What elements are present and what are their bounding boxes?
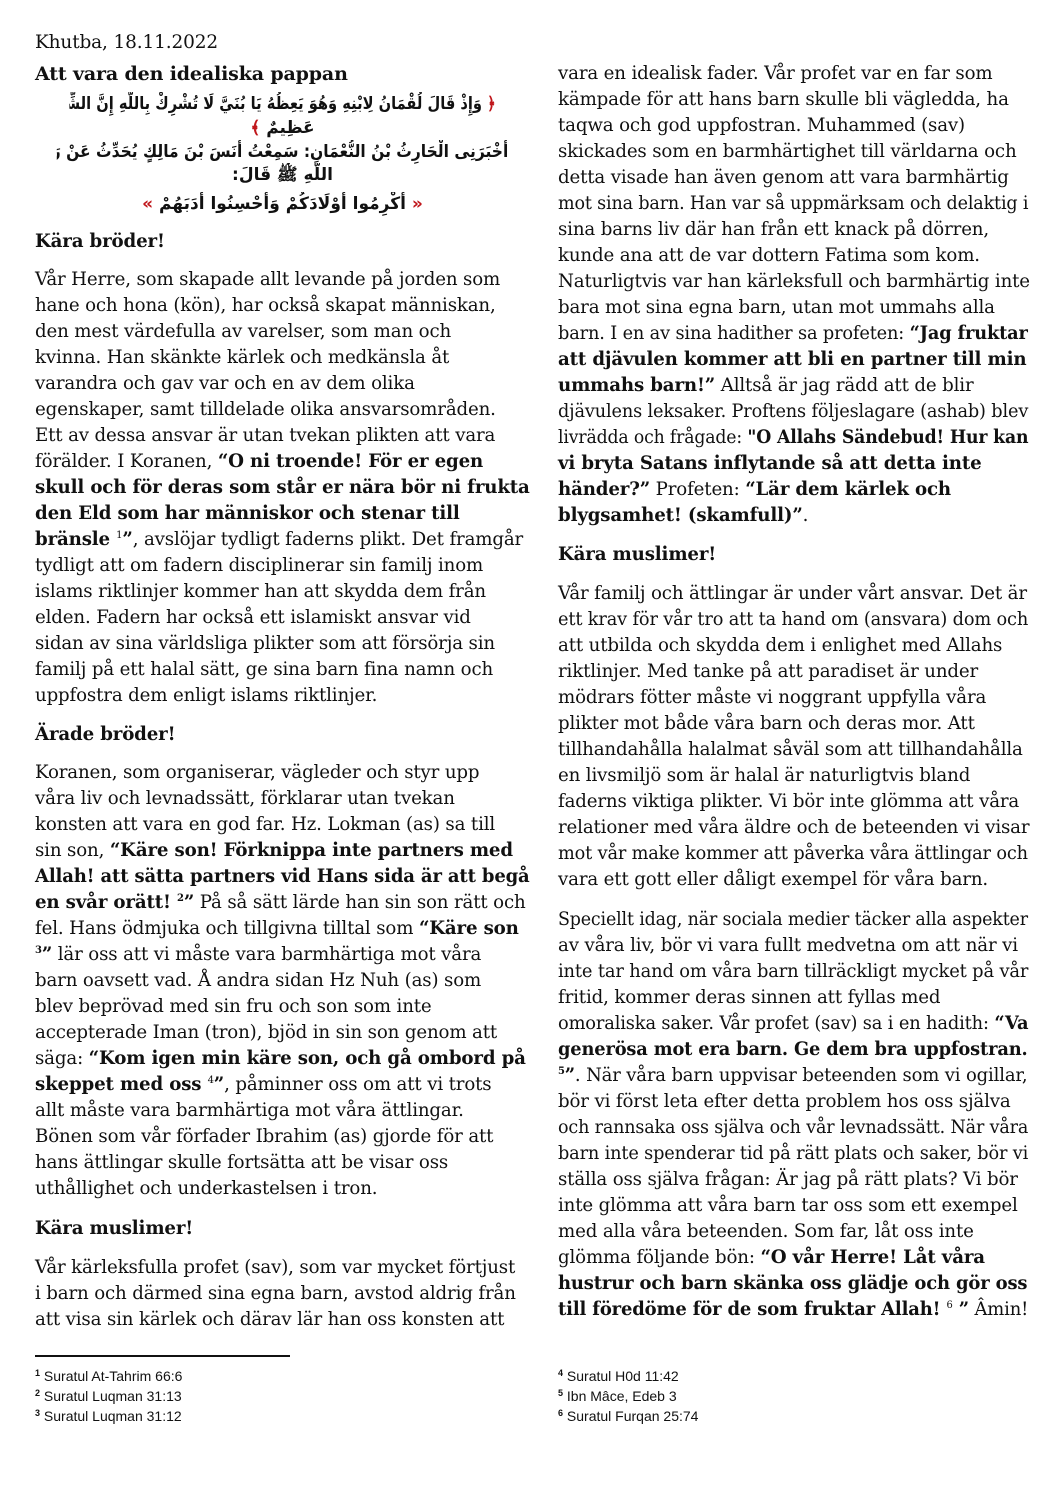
footnote-3: 3 Suratul Luqman 31:12 [35, 1406, 182, 1426]
footnote-separator [35, 1355, 290, 1357]
hadith-chain-line-2: اللَّهِ ﷺ قَالَ: [35, 163, 530, 187]
ayah-close-bracket: ﴾ [250, 118, 260, 138]
heading-kara-muslimer-left: Kära muslimer! [35, 1216, 193, 1242]
footnote-2: 2 Suratul Luqman 31:13 [35, 1386, 182, 1406]
page-title: Att vara den idealiska pappan [35, 61, 348, 87]
footnote-ref-3[interactable]: 3 [35, 945, 42, 956]
hadith-chain-line-1: أَخْبَرَنِى الْحَارِثُ بْنُ النُّعْمَانِ… [57, 140, 508, 164]
hadith-open-quote: « [412, 194, 423, 214]
footnote-ref-2[interactable]: 2 [177, 893, 184, 904]
quran-quote: “O ni troende! För er egen [218, 451, 483, 472]
heading-arade-broder: Ärade bröder! [35, 722, 175, 748]
footnote-4: 4 Suratul H0d 11:42 [558, 1366, 679, 1386]
footnote-1: 1 Suratul At-Tahrim 66:6 [35, 1366, 182, 1386]
heading-kara-broder: Kära bröder! [35, 229, 165, 255]
ayah-line-2: عَظِيمٌ ﴾ [35, 116, 530, 140]
ayah-line-1: ﴿ وَإِذْ قَالَ لُقْمَانُ لِابْنِهِ وَهُو… [69, 92, 495, 116]
heading-kara-muslimer-right: Kära muslimer! [558, 542, 716, 568]
khutba-date: Khutba, 18.11.2022 [35, 30, 218, 56]
amin: Âmin! [969, 1299, 1028, 1320]
document-page: Khutba, 18.11.2022 Att vara den idealisk… [0, 0, 1058, 1497]
ayah-open-bracket: ﴿ [487, 94, 496, 114]
footnote-6: 6 Suratul Furqan 25:74 [558, 1406, 698, 1426]
hadith-text: « أَكْرِمُوا أَوْلَادَكُمْ وَأَحْسِنُوا … [35, 192, 530, 216]
hadith-close-quote: » [142, 194, 153, 214]
footnote-ref-5[interactable]: 5 [558, 1066, 565, 1077]
footnote-5: 5 Ibn Mâce, Edeb 3 [558, 1386, 677, 1406]
